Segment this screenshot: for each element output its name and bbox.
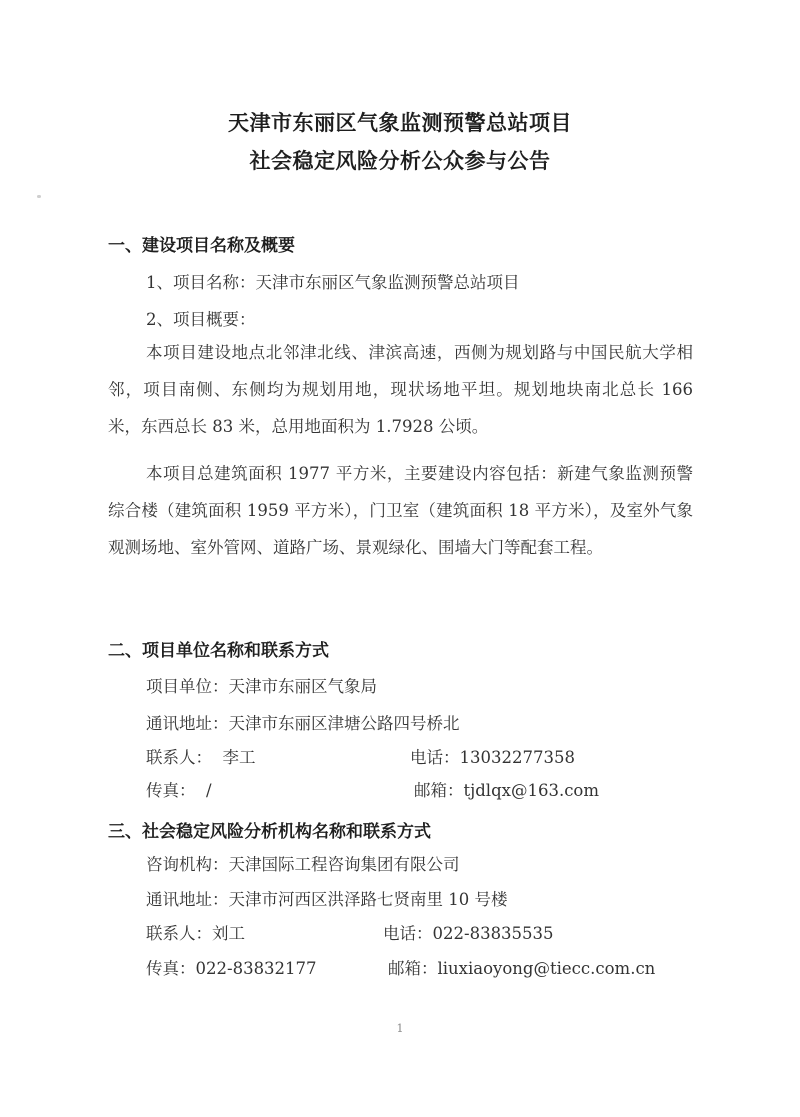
project-unit-email: 邮箱：tjdlqx@163.com [414,777,599,801]
project-overview-para2: 本项目总建筑面积 1977 平方米，主要建设内容包括：新建气象监测预警综合楼（建… [108,455,693,566]
project-name-line: 1、项目名称：天津市东丽区气象监测预警总站项目 [146,269,520,293]
agency-contact: 联系人：刘工 [146,920,245,944]
section3-heading: 三、社会稳定风险分析机构名称和联系方式 [108,817,431,842]
section2-heading: 二、项目单位名称和联系方式 [108,636,329,661]
project-unit-address: 通讯地址：天津市东丽区津塘公路四号桥北 [146,710,460,734]
agency-address: 通讯地址：天津市河西区洪泽路七贤南里 10 号楼 [146,886,508,910]
agency-name: 咨询机构：天津国际工程咨询集团有限公司 [146,851,460,875]
project-unit-phone: 电话：13032277358 [410,744,575,768]
page-number: 1 [0,1022,800,1035]
section1-heading: 一、建设项目名称及概要 [108,231,295,256]
agency-phone: 电话：022-83835535 [383,920,554,944]
scan-speck [37,195,41,198]
document-title-line1: 天津市东丽区气象监测预警总站项目 [0,107,800,137]
agency-email: 邮箱：liuxiaoyong@tiecc.com.cn [388,955,655,979]
project-unit-contact: 联系人： 李工 [146,744,256,768]
project-unit-fax: 传真： / [146,777,212,801]
project-overview-label: 2、项目概要： [146,306,256,330]
project-unit: 项目单位：天津市东丽区气象局 [146,673,377,697]
document-title-line2: 社会稳定风险分析公众参与公告 [0,145,800,175]
document-page: 天津市东丽区气象监测预警总站项目 社会稳定风险分析公众参与公告 一、建设项目名称… [0,0,800,1117]
agency-fax: 传真：022-83832177 [146,955,317,979]
project-overview-para1: 本项目建设地点北邻津北线、津滨高速，西侧为规划路与中国民航大学相邻，项目南侧、东… [108,334,693,445]
